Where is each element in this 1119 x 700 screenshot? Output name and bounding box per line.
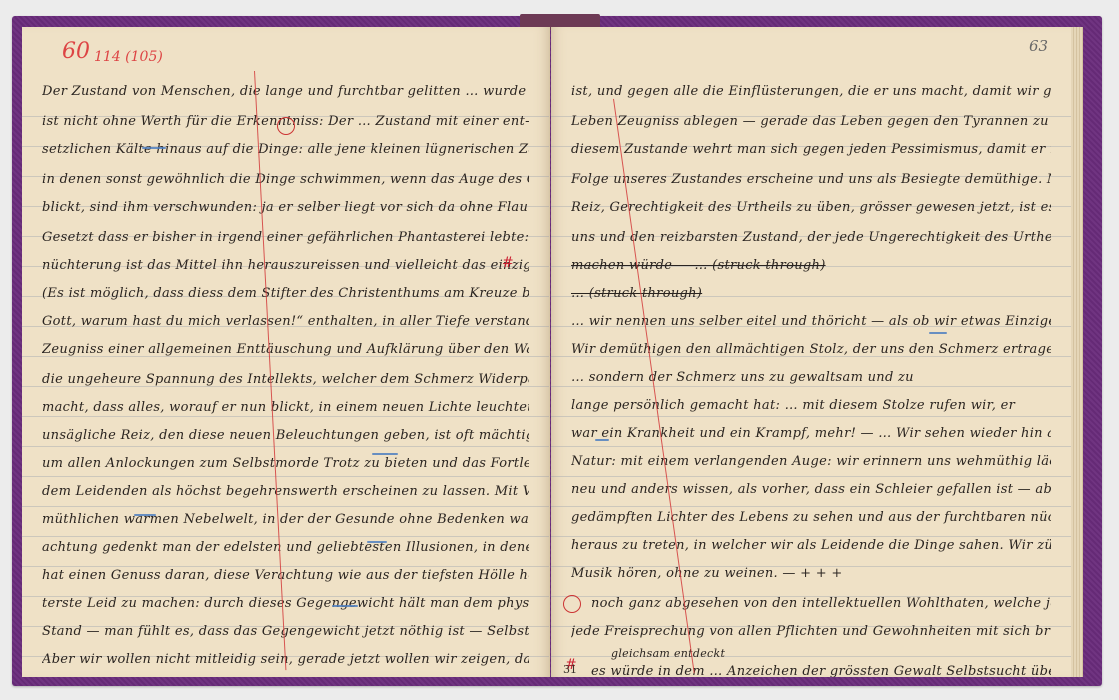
manuscript-line: lange persönlich gemacht hat: … mit dies… bbox=[571, 391, 1051, 421]
manuscript-line: Der Zustand von Menschen, die lange und … bbox=[42, 77, 529, 107]
manuscript-line: diesem Zustande wehrt man sich gegen jed… bbox=[571, 135, 1051, 165]
manuscript-line: unsägliche Reiz, den diese neuen Beleuch… bbox=[42, 421, 529, 451]
manuscript-line: Folge unseres Zustandes erscheine und un… bbox=[571, 165, 1051, 195]
manuscript-line: terste Leid zu machen: durch dieses Gege… bbox=[42, 589, 529, 619]
manuscript-line: Musik hören, ohne zu weinen. — + + + bbox=[571, 559, 1051, 589]
manuscript-line: noch ganz abgesehen von den intellektuel… bbox=[591, 589, 1051, 619]
manuscript-line: Leben Zeugniss ablegen — gerade das Lebe… bbox=[571, 107, 1051, 137]
blue-underline bbox=[332, 605, 358, 607]
manuscript-line: setzlichen Kälte hinaus auf die Dinge: a… bbox=[42, 135, 529, 165]
manuscript-line: Natur: mit einem verlangenden Auge: wir … bbox=[571, 447, 1051, 477]
cross-hatch-mark: # bbox=[502, 255, 514, 271]
manuscript-line: macht, dass alles, worauf er nun blickt,… bbox=[42, 393, 529, 423]
manuscript-line: Stand — man fühlt es, dass das Gegengewi… bbox=[42, 617, 529, 647]
manuscript-line: dem Leidenden als höchst begehrenswerth … bbox=[42, 477, 529, 507]
folio-number: 114 (105) bbox=[94, 49, 163, 65]
manuscript-line: Wir demüthigen den allmächtigen Stolz, d… bbox=[571, 335, 1051, 365]
manuscript-line: achtung gedenkt man der edelsten und gel… bbox=[42, 533, 529, 563]
manuscript-line: hat einen Genuss daran, diese Verachtung… bbox=[42, 561, 529, 591]
manuscript-line: blickt, sind ihm verschwunden: ja er sel… bbox=[42, 193, 529, 223]
page-edges bbox=[1071, 27, 1083, 677]
manuscript-line: müthlichen warmen Nebelwelt, in der der … bbox=[42, 505, 529, 535]
page-number: 63 bbox=[1029, 37, 1048, 55]
blue-underline bbox=[367, 541, 387, 543]
manuscript-line: Reiz, Gerechtigkeit des Urtheils zu üben… bbox=[571, 193, 1051, 223]
manuscript-line: nüchterung ist das Mittel ihn herauszure… bbox=[42, 251, 529, 281]
manuscript-line: neu und anders wissen, als vorher, dass … bbox=[571, 475, 1051, 505]
blue-underline bbox=[134, 514, 156, 516]
manuscript-line: ist, und gegen alle die Einflüsterungen,… bbox=[571, 77, 1051, 107]
blue-underline bbox=[929, 332, 947, 334]
blue-underline bbox=[142, 147, 166, 149]
struck-line: machen würde — … (struck through) bbox=[571, 251, 1051, 281]
manuscript-line: war ein Krankheit und ein Krampf, mehr! … bbox=[571, 419, 1051, 449]
blue-underline bbox=[595, 439, 609, 441]
circled-cross-mark bbox=[563, 595, 581, 613]
manuscript-line: gedämpften Lichter des Lebens zu sehen u… bbox=[571, 503, 1051, 533]
manuscript-line: in denen sonst gewöhnlich die Dinge schw… bbox=[42, 165, 529, 195]
right-page: 63 ist, und gegen alle die Einflüsterung… bbox=[551, 27, 1071, 677]
blue-underline bbox=[372, 453, 398, 455]
manuscript-line: Gesetzt dass er bisher in irgend einer g… bbox=[42, 223, 529, 253]
circled-cross-mark bbox=[277, 117, 295, 135]
manuscript-line: Gott, warum hast du mich verlassen!“ ent… bbox=[42, 307, 529, 337]
manuscript-line: heraus zu treten, in welcher wir als Lei… bbox=[571, 531, 1051, 561]
manuscript-line: es würde in dem … Anzeichen der grössten… bbox=[591, 657, 1051, 677]
manuscript-line: … sondern der Schmerz uns zu gewaltsam u… bbox=[571, 363, 1051, 393]
manuscript-line: die ungeheure Spannung des Intellekts, w… bbox=[42, 365, 529, 395]
manuscript-line: um allen Anlockungen zum Selbstmorde Tro… bbox=[42, 449, 529, 479]
page-number-red: 60 bbox=[62, 39, 90, 64]
footnote-number: 31 bbox=[563, 663, 577, 676]
manuscript-line: Zeugniss einer allgemeinen Enttäuschung … bbox=[42, 335, 529, 365]
left-page: 60 114 (105) Der Zustand von Menschen, d… bbox=[22, 27, 550, 677]
manuscript-line: (Es ist möglich, dass diess dem Stifter … bbox=[42, 279, 529, 309]
manuscript-line: uns und den reizbarsten Zustand, der jed… bbox=[571, 223, 1051, 253]
